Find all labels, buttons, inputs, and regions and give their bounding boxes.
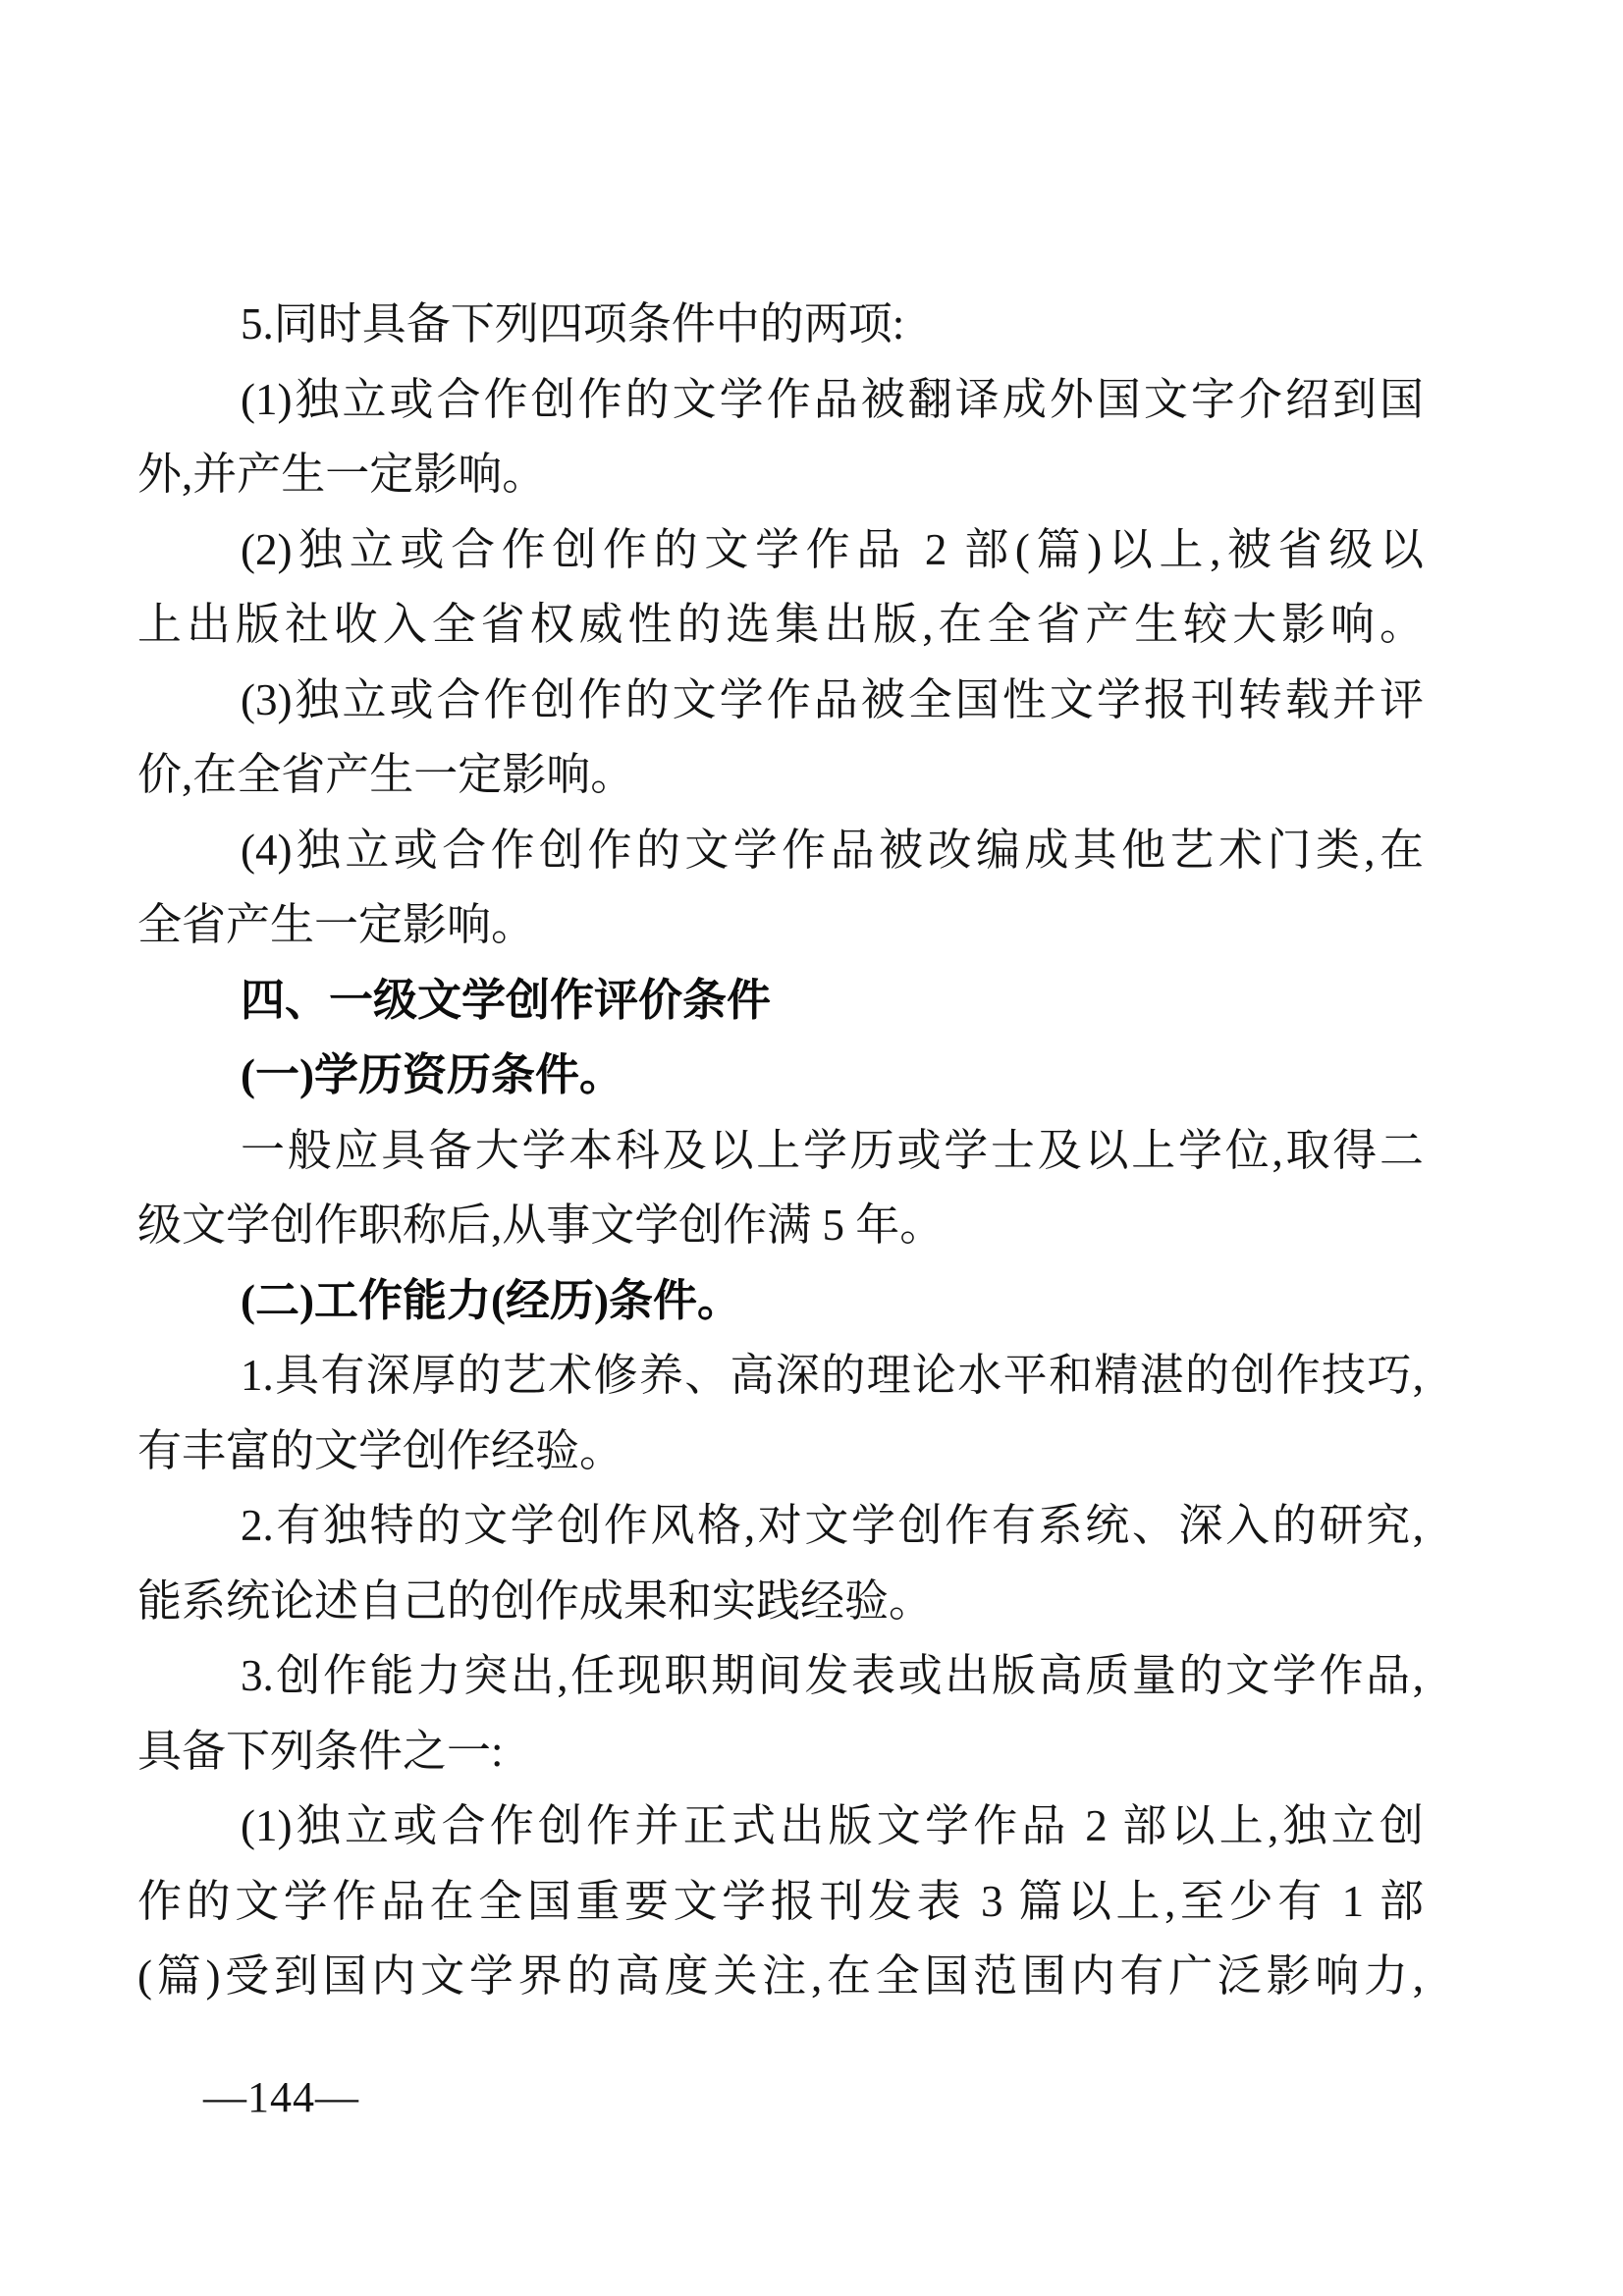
text-line: 外,并产生一定影响。 <box>137 437 1424 512</box>
text-line: (篇)受到国内文学界的高度关注,在全国范围内有广泛影响力, <box>137 1939 1424 2014</box>
subsection-heading: (二)工作能力(经历)条件。 <box>137 1263 1424 1339</box>
text-line: 具备下列条件之一: <box>137 1714 1424 1789</box>
document-page: 5.同时具备下列四项条件中的两项: (1)独立或合作创作的文学作品被翻译成外国文… <box>0 0 1623 2296</box>
text-line: 2.有独特的文学创作风格,对文学创作有系统、深入的研究, <box>137 1488 1424 1564</box>
text-line: 作的文学作品在全国重要文学报刊发表 3 篇以上,至少有 1 部 <box>137 1864 1424 1940</box>
section-heading: 四、一级文学创作评价条件 <box>137 963 1424 1039</box>
text-line: 全省产生一定影响。 <box>137 887 1424 963</box>
text-line: 上出版社收入全省权威性的选集出版,在全省产生较大影响。 <box>137 587 1424 663</box>
text-line: 1.具有深厚的艺术修养、高深的理论水平和精湛的创作技巧, <box>137 1338 1424 1414</box>
text-line: 3.创作能力突出,任现职期间发表或出版高质量的文学作品, <box>137 1638 1424 1714</box>
text-line: (3)独立或合作创作的文学作品被全国性文学报刊转载并评 <box>137 663 1424 738</box>
text-line: 5.同时具备下列四项条件中的两项: <box>137 287 1424 362</box>
text-line: (1)独立或合作创作的文学作品被翻译成外国文字介绍到国 <box>137 362 1424 438</box>
page-number: —144— <box>203 2073 359 2122</box>
text-line: 价,在全省产生一定影响。 <box>137 737 1424 813</box>
text-line: (2)独立或合作创作的文学作品 2 部(篇)以上,被省级以 <box>137 512 1424 588</box>
text-line: 级文学创作职称后,从事文学创作满 5 年。 <box>137 1188 1424 1263</box>
text-line: 能系统论述自己的创作成果和实践经验。 <box>137 1564 1424 1639</box>
document-text-block: 5.同时具备下列四项条件中的两项: (1)独立或合作创作的文学作品被翻译成外国文… <box>0 0 1623 2014</box>
subsection-heading: (一)学历资历条件。 <box>137 1038 1424 1113</box>
text-line: 有丰富的文学创作经验。 <box>137 1414 1424 1489</box>
text-line: (4)独立或合作创作的文学作品被改编成其他艺术门类,在 <box>137 813 1424 888</box>
text-line: 一般应具备大学本科及以上学历或学士及以上学位,取得二 <box>137 1113 1424 1189</box>
text-line: (1)独立或合作创作并正式出版文学作品 2 部以上,独立创 <box>137 1789 1424 1864</box>
